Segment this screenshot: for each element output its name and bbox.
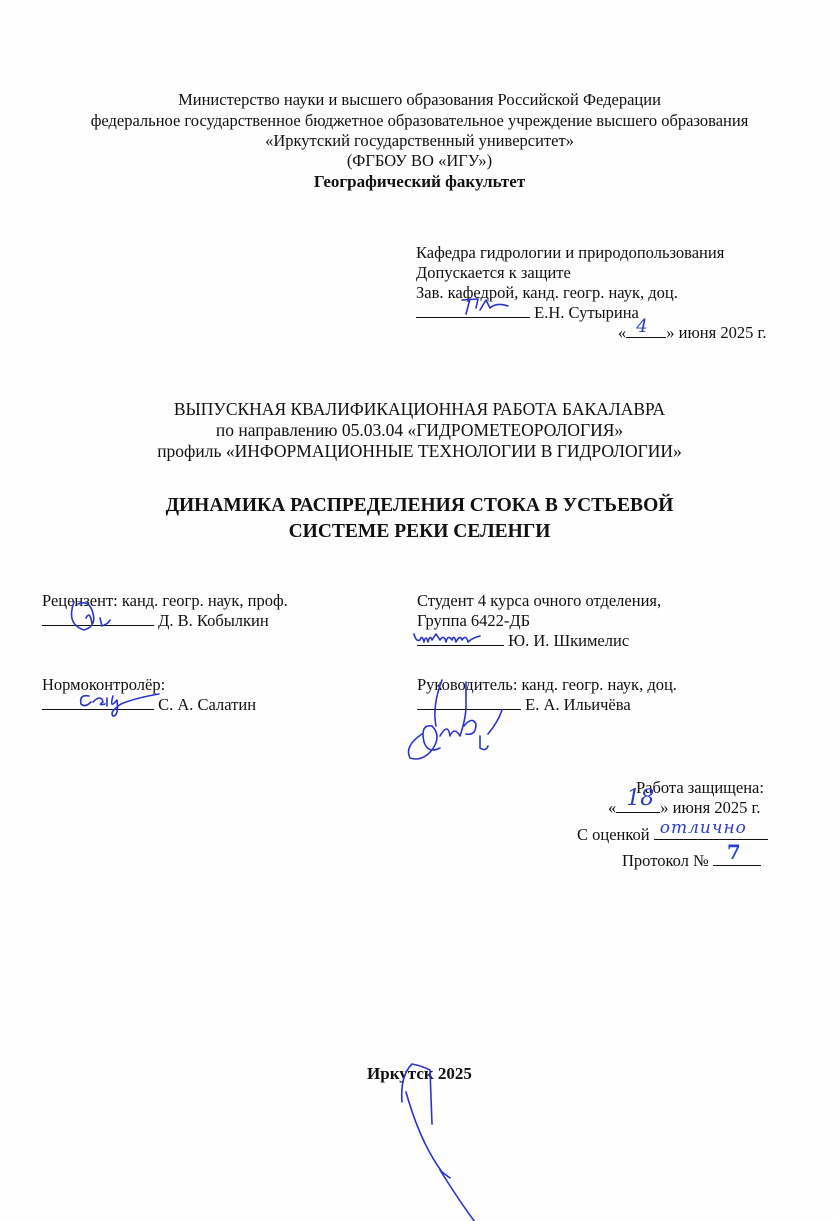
head-name: Е.Н. Сутырина [534, 303, 639, 322]
pen-stroke-icon [400, 1062, 480, 1221]
normcontrol-signature-icon [75, 682, 165, 718]
protocol-label: Протокол № [622, 851, 709, 870]
profile-line: профиль «ИНФОРМАЦИОННЫЕ ТЕХНОЛОГИИ В ГИД… [0, 442, 839, 461]
thesis-title-line-2: СИСТЕМЕ РЕКИ СЕЛЕНГИ [0, 520, 839, 544]
thesis-title-line-1: ДИНАМИКА РАСПРЕДЕЛЕНИЯ СТОКА В УСТЬЕВОЙ [0, 494, 839, 518]
student-name: Ю. И. Шкимелис [508, 631, 629, 650]
normcontrol-name: С. А. Салатин [158, 695, 256, 714]
supervisor-signature-icon [402, 676, 512, 766]
approval-date-line: «4» июня 2025 г. [618, 323, 766, 342]
abbreviation-line: (ФГБОУ ВО «ИГУ») [0, 151, 839, 170]
university-line: «Иркутский государственный университет» [0, 131, 839, 150]
grade-value: отлично [660, 819, 747, 838]
faculty-line: Географический факультет [0, 172, 839, 191]
admitted-line: Допускается к защите [416, 263, 571, 282]
supervisor-name: Е. А. Ильичёва [525, 695, 631, 714]
reviewer-signature-icon [68, 596, 128, 636]
head-signature-icon [456, 296, 516, 320]
work-type-line: ВЫПУСКНАЯ КВАЛИФИКАЦИОННАЯ РАБОТА БАКАЛА… [0, 400, 839, 419]
direction-line: по направлению 05.03.04 «ГИДРОМЕТЕОРОЛОГ… [0, 421, 839, 440]
defense-date-line: «18» июня 2025 г. [608, 798, 760, 817]
defended-label: Работа защищена: [636, 778, 764, 797]
head-signature-line: Е.Н. Сутырина [416, 303, 639, 322]
reviewer-name: Д. В. Кобылкин [158, 611, 269, 630]
grade-label: С оценкой [577, 825, 650, 844]
ministry-line: Министерство науки и высшего образования… [0, 90, 839, 109]
student-signature-icon [410, 628, 490, 650]
student-title: Студент 4 курса очного отделения, [417, 591, 661, 610]
protocol-line: Протокол № 7 [622, 851, 761, 870]
institution-type-line: федеральное государственное бюджетное об… [0, 111, 839, 130]
defense-day: 18 [626, 789, 654, 808]
protocol-number: 7 [727, 843, 741, 862]
department-line: Кафедра гидрологии и природопользования [416, 243, 724, 262]
approval-day: 4 [636, 317, 647, 336]
title-page: Министерство науки и высшего образования… [0, 0, 839, 1221]
